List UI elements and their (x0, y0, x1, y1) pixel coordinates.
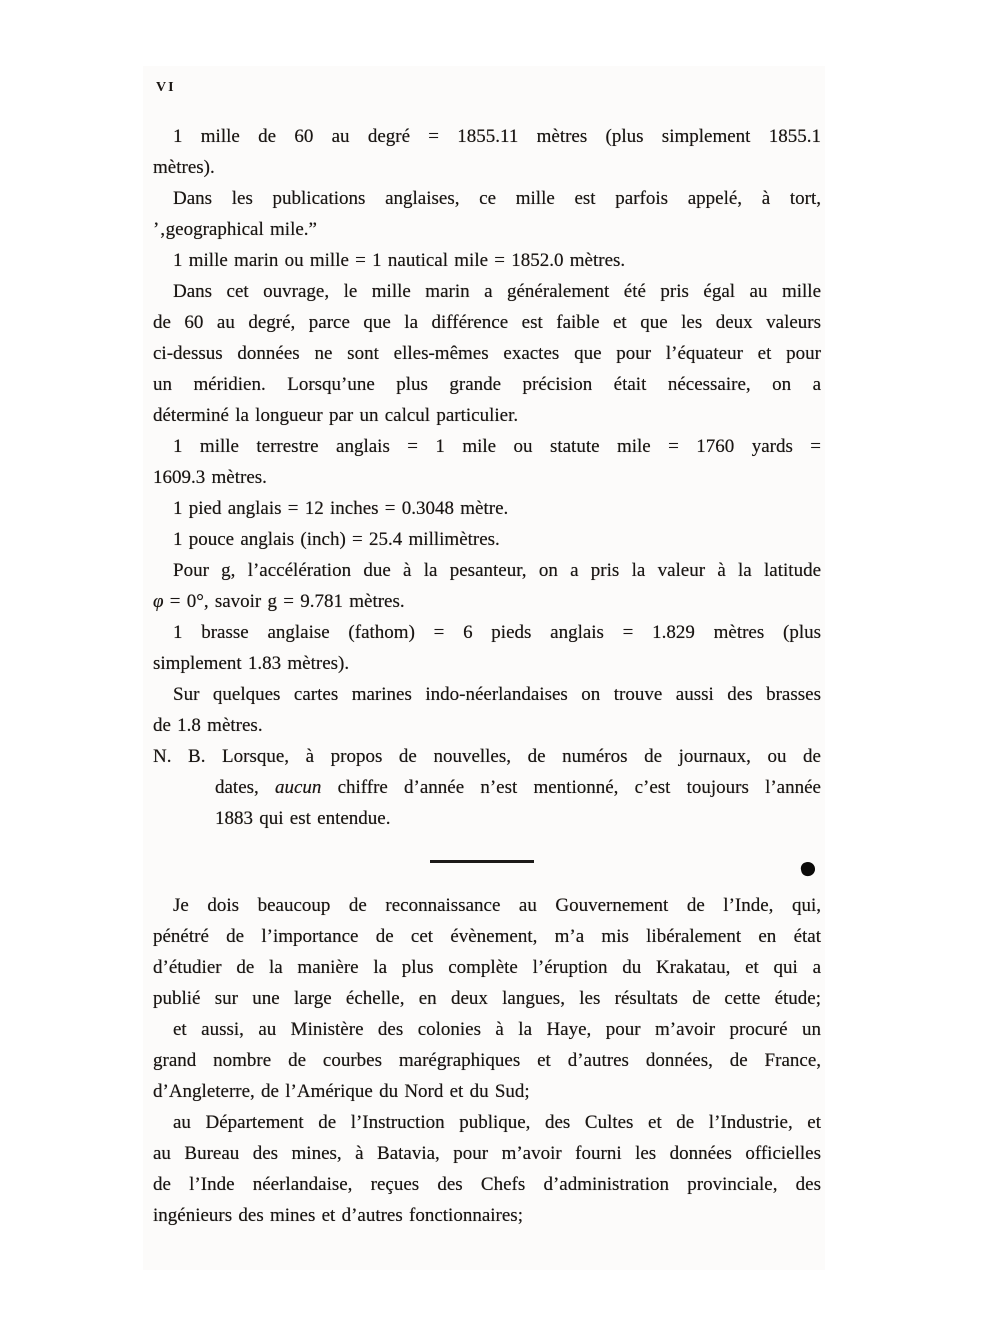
text-segment: de 60 au degré, parce que la différence … (153, 312, 821, 333)
text-segment: dates, (215, 777, 275, 798)
text-line: et aussi, au Ministère des colonies à la… (153, 1014, 821, 1045)
text-line: 1 pouce anglais (inch) = 25.4 millimètre… (153, 524, 821, 555)
text-line: 1 mille de 60 au degré = 1855.11 mètres … (153, 121, 821, 152)
text-line: de 60 au degré, parce que la différence … (153, 307, 821, 338)
text-segment: Dans les publications anglaises, ce mill… (173, 188, 821, 209)
text-line: Sur quelques cartes marines indo-néerlan… (153, 679, 821, 710)
text-segment: 1883 qui est entendue. (215, 808, 390, 829)
text-line: 1 mille marin ou mille = 1 nautical mile… (153, 245, 821, 276)
text-line: N. B. Lorsque, à propos de nouvelles, de… (153, 741, 821, 772)
text-line: 1883 qui est entendue. (153, 803, 821, 834)
text-line: grand nombre de courbes marégraphiques e… (153, 1045, 821, 1076)
text-line: de l’Inde néerlandaise, reçues des Chefs… (153, 1169, 821, 1200)
text-segment: 1 brasse anglaise (fathom) = 6 pieds ang… (173, 622, 821, 643)
page-number: VI (156, 80, 176, 96)
text-line: φ = 0°, savoir g = 9.781 mètres. (153, 586, 821, 617)
text-segment: publié sur une large échelle, en deux la… (153, 988, 821, 1009)
acknowledgments-text-block: Je dois beaucoup de reconnaissance au Go… (153, 890, 821, 1231)
text-segment: un méridien. Lorsqu’une plus grande préc… (153, 374, 821, 395)
text-line: ci-dessus données ne sont elles-mêmes ex… (153, 338, 821, 369)
text-segment: simplement 1.83 mètres). (153, 653, 349, 674)
text-line: dates, aucun chiffre d’année n’est menti… (153, 772, 821, 803)
text-segment: ci-dessus données ne sont elles-mêmes ex… (153, 343, 821, 364)
text-line: 1609.3 mètres. (153, 462, 821, 493)
text-segment: pénétré de l’importance de cet évènement… (153, 926, 821, 947)
text-segment: 1 mille de 60 au degré = 1855.11 mètres … (173, 126, 821, 147)
text-line: Dans cet ouvrage, le mille marin a génér… (153, 276, 821, 307)
text-line: déterminé la longueur par un calcul part… (153, 400, 821, 431)
text-line: 1 pied anglais = 12 inches = 0.3048 mètr… (153, 493, 821, 524)
text-line: au Bureau des mines, à Batavia, pour m’a… (153, 1138, 821, 1169)
text-line: ’‚geographical mile.” (153, 214, 821, 245)
text-segment: au Département de l’Instruction publique… (173, 1112, 821, 1133)
text-segment: = 0°, savoir g = 9.781 mètres. (164, 591, 405, 612)
text-segment: 1 mille terrestre anglais = 1 mile ou st… (173, 436, 821, 457)
scanned-page: VI 1 mille de 60 au degré = 1855.11 mètr… (143, 66, 825, 1270)
text-line: 1 brasse anglaise (fathom) = 6 pieds ang… (153, 617, 821, 648)
text-line: Dans les publications anglaises, ce mill… (153, 183, 821, 214)
text-segment: chiffre d’année n’est mentionné, c’est t… (321, 777, 821, 798)
text-segment: d’étudier de la manière la plus complète… (153, 957, 821, 978)
text-segment: de 1.8 mètres. (153, 715, 263, 736)
text-segment: mètres). (153, 157, 215, 178)
text-line: mètres). (153, 152, 821, 183)
text-line: d’Angleterre, de l’Amérique du Nord et d… (153, 1076, 821, 1107)
text-segment: grand nombre de courbes marégraphiques e… (153, 1050, 821, 1071)
text-line: 1 mille terrestre anglais = 1 mile ou st… (153, 431, 821, 462)
emphasized-text: φ (153, 591, 164, 612)
text-line: un méridien. Lorsqu’une plus grande préc… (153, 369, 821, 400)
text-segment: d’Angleterre, de l’Amérique du Nord et d… (153, 1081, 530, 1102)
text-segment: Sur quelques cartes marines indo-néerlan… (173, 684, 821, 705)
text-segment: Pour g, l’accélération due à la pesanteu… (173, 560, 821, 581)
conventions-text-block: 1 mille de 60 au degré = 1855.11 mètres … (153, 121, 821, 834)
text-segment: 1 pied anglais = 12 inches = 0.3048 mètr… (173, 498, 508, 519)
text-segment: 1 pouce anglais (inch) = 25.4 millimètre… (173, 529, 500, 550)
text-line: de 1.8 mètres. (153, 710, 821, 741)
text-segment: au Bureau des mines, à Batavia, pour m’a… (153, 1143, 821, 1164)
section-divider-rule (430, 860, 534, 863)
ink-spot (800, 861, 817, 878)
text-line: ingénieurs des mines et d’autres fonctio… (153, 1200, 821, 1231)
text-line: d’étudier de la manière la plus complète… (153, 952, 821, 983)
text-segment: de l’Inde néerlandaise, reçues des Chefs… (153, 1174, 821, 1195)
text-segment: Dans cet ouvrage, le mille marin a génér… (173, 281, 821, 302)
text-line: au Département de l’Instruction publique… (153, 1107, 821, 1138)
text-line: Pour g, l’accélération due à la pesanteu… (153, 555, 821, 586)
text-line: publié sur une large échelle, en deux la… (153, 983, 821, 1014)
text-line: Je dois beaucoup de reconnaissance au Go… (153, 890, 821, 921)
text-line: simplement 1.83 mètres). (153, 648, 821, 679)
text-segment: N. B. Lorsque, à propos de nouvelles, de… (153, 746, 821, 767)
text-segment: 1609.3 mètres. (153, 467, 267, 488)
text-segment: déterminé la longueur par un calcul part… (153, 405, 518, 426)
text-segment: et aussi, au Ministère des colonies à la… (173, 1019, 821, 1040)
text-segment: Je dois beaucoup de reconnaissance au Go… (173, 895, 821, 916)
text-segment: ingénieurs des mines et d’autres fonctio… (153, 1205, 523, 1226)
text-line: pénétré de l’importance de cet évènement… (153, 921, 821, 952)
emphasized-text: aucun (275, 777, 321, 798)
text-segment: 1 mille marin ou mille = 1 nautical mile… (173, 250, 625, 271)
text-segment: ’‚geographical mile.” (153, 219, 317, 240)
